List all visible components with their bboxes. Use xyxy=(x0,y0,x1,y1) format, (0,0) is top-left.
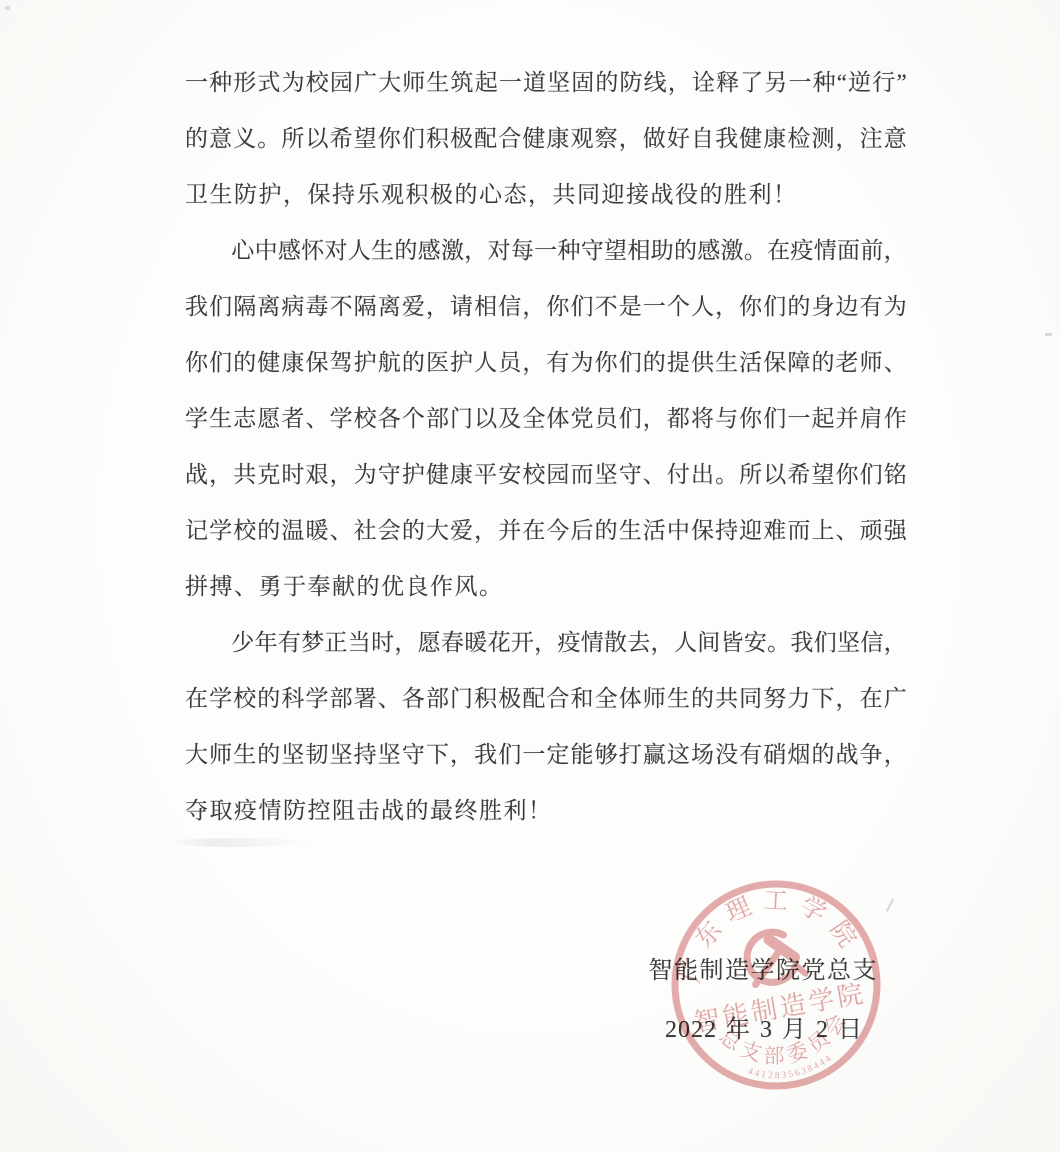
official-seal: 广东理工学院 智能制造学院 总支部委员会 4412835638444 xyxy=(666,875,886,1095)
text-line: 记学校的温暖、社会的大爱，并在今后的生活中保持迎难而上、顽强 xyxy=(185,503,907,559)
text-line: 学生志愿者、学校各个部门以及全体党员们，都将与你们一起并肩作 xyxy=(185,391,907,447)
text-line: 夺取疫情防控阻击战的最终胜利！ xyxy=(185,783,907,839)
text-line: 心中感怀对人生的感激，对每一种守望相助的感激。在疫情面前， xyxy=(185,223,907,279)
scan-artifact-speck xyxy=(5,6,10,10)
text-line: 的意义。所以希望你们积极配合健康观察，做好自我健康检测，注意 xyxy=(185,111,907,167)
scan-artifact-smudge xyxy=(166,838,316,847)
body-text: 一种形式为校园广大师生筑起一道坚固的防线，诠释了另一种“逆行”的意义。所以希望你… xyxy=(185,55,907,839)
hammer-sickle-icon xyxy=(743,927,806,986)
scanned-letter-page: 一种形式为校园广大师生筑起一道坚固的防线，诠释了另一种“逆行”的意义。所以希望你… xyxy=(0,0,1060,1152)
text-line: 在学校的科学部署、各部门积极配合和全体师生的共同努力下，在广 xyxy=(185,671,907,727)
scan-artifact-speck xyxy=(1045,333,1052,336)
text-line: 卫生防护，保持乐观积极的心态，共同迎接战役的胜利！ xyxy=(185,167,907,223)
text-line: 大师生的坚韧坚持坚守下，我们一定能够打赢这场没有硝烟的战争， xyxy=(185,727,907,783)
text-line: 拼搏、勇于奉献的优良作风。 xyxy=(185,559,907,615)
text-line: 少年有梦正当时，愿春暖花开，疫情散去，人间皆安。我们坚信， xyxy=(185,615,907,671)
text-line: 一种形式为校园广大师生筑起一道坚固的防线，诠释了另一种“逆行” xyxy=(185,55,907,111)
text-line: 你们的健康保驾护航的医护人员，有为你们的提供生活保障的老师、 xyxy=(185,335,907,391)
text-line: 我们隔离病毒不隔离爱，请相信，你们不是一个人，你们的身边有为 xyxy=(185,279,907,335)
scan-artifact-speck xyxy=(886,898,894,911)
text-line: 战，共克时艰，为守护健康平安校园而坚守、付出。所以希望你们铭 xyxy=(185,447,907,503)
